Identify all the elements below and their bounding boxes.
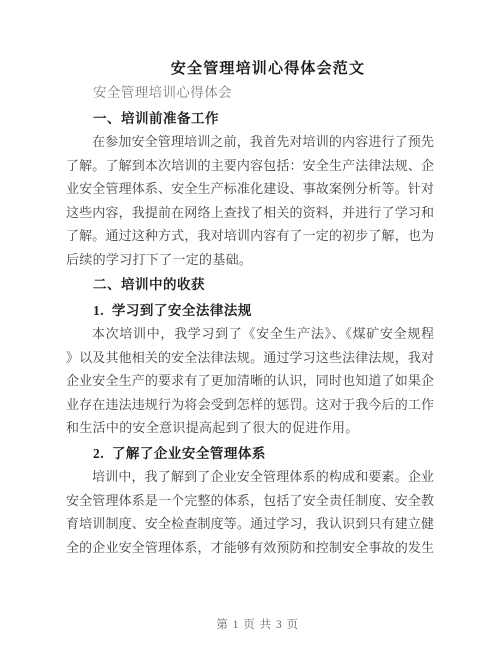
section-heading: 1. 学习到了安全法律法规: [66, 299, 434, 323]
page-number-text: 第 1 页 共 3 页: [216, 619, 299, 631]
paragraph: 本次培训中，我学习到了《安全生产法》、《煤矿安全规程》以及其他相关的安全法律法规…: [66, 322, 434, 440]
section-heading: 一、培训前准备工作: [66, 107, 434, 131]
document-page: 安全管理培训心得体会范文 安全管理培训心得体会 一、培训前准备工作在参加安全管理…: [0, 0, 500, 647]
paragraph-line: 全的企业安全管理体系，才能够有效预防和控制安全事故的发生: [66, 536, 434, 560]
paragraph-line: 了解。了解到本次培训的主要内容包括：安全生产法律法规、企: [66, 154, 434, 178]
section-heading: 二、培训中的收获: [66, 273, 434, 297]
document-body: 一、培训前准备工作在参加安全管理培训之前，我首先对培训的内容进行了预先了解。了解…: [66, 107, 434, 560]
document-content: 安全管理培训心得体会范文 安全管理培训心得体会 一、培训前准备工作在参加安全管理…: [66, 57, 434, 559]
document-title: 安全管理培训心得体会范文: [66, 57, 434, 81]
section-heading: 2. 了解了企业安全管理体系: [66, 442, 434, 466]
paragraph-line: 本次培训中，我学习到了《安全生产法》、《煤矿安全规程: [66, 322, 434, 346]
paragraph-line: 安全管理体系是一个完整的体系，包括了安全责任制度、安全教: [66, 489, 434, 513]
paragraph-line: 在参加安全管理培训之前，我首先对培训的内容进行了预先: [66, 130, 434, 154]
paragraph-line: 》以及其他相关的安全法律法规。通过学习这些法律法规，我对: [66, 346, 434, 370]
paragraph: 在参加安全管理培训之前，我首先对培训的内容进行了预先了解。了解到本次培训的主要内…: [66, 130, 434, 271]
paragraph-line: 育培训制度、安全检查制度等。通过学习，我认识到只有建立健: [66, 512, 434, 536]
paragraph-line: 了解。通过这种方式，我对培训内容有了一定的初步了解，也为: [66, 224, 434, 248]
paragraph-line: 业安全管理体系、安全生产标准化建设、事故案例分析等。针对: [66, 177, 434, 201]
page-footer: 第 1 页 共 3 页: [0, 601, 500, 647]
paragraph-line: 后续的学习打下了一定的基础。: [66, 248, 434, 272]
paragraph-line: 培训中，我了解到了企业安全管理体系的构成和要素。企业: [66, 465, 434, 489]
paragraph-line: 企业安全生产的要求有了更加清晰的认识，同时也知道了如果企: [66, 369, 434, 393]
paragraph-line: 这些内容，我提前在网络上查找了相关的资料，并进行了学习和: [66, 201, 434, 225]
paragraph-line: 和生活中的安全意识提高起到了很大的促进作用。: [66, 416, 434, 440]
paragraph: 培训中，我了解到了企业安全管理体系的构成和要素。企业安全管理体系是一个完整的体系…: [66, 465, 434, 559]
document-subtitle: 安全管理培训心得体会: [66, 81, 434, 105]
paragraph-line: 业存在违法违规行为将会受到怎样的惩罚。这对于我今后的工作: [66, 393, 434, 417]
